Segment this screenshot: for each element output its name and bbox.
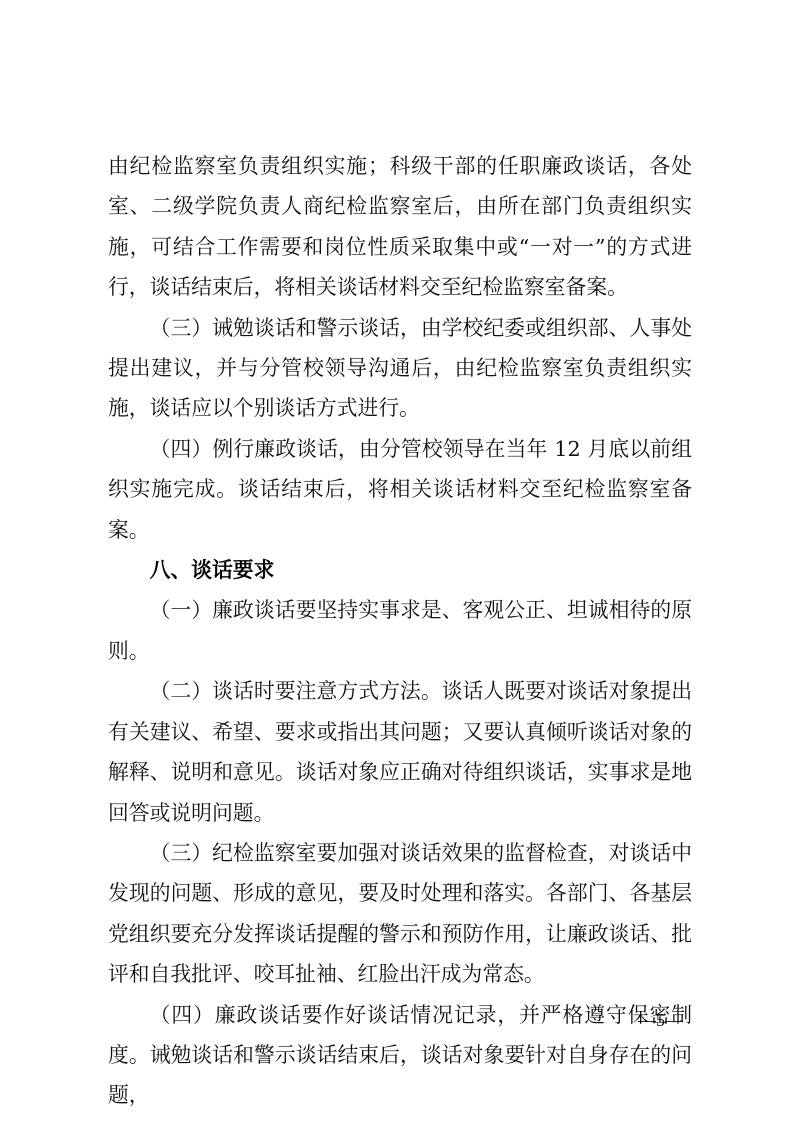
paragraph-requirement-3: （三）纪检监察室要加强对谈话效果的监督检查，对谈话中发现的问题、形成的意见，要及… <box>108 833 692 995</box>
page-number: —5— <box>638 1010 683 1031</box>
paragraph-requirement-2: （二）谈话时要注意方式方法。谈话人既要对谈话对象提出有关建议、希望、要求或指出其… <box>108 671 692 833</box>
document-body: 由纪检监察室负责组织实施；科级干部的任职廉政谈话，各处室、二级学院负责人商纪检监… <box>108 146 692 1116</box>
document-page: 由纪检监察室负责组织实施；科级干部的任职廉政谈话，各处室、二级学院负责人商纪检监… <box>0 0 793 1122</box>
paragraph-requirement-1: （一）廉政谈话要坚持实事求是、客观公正、坦诚相待的原则。 <box>108 590 692 671</box>
paragraph-requirement-4: （四）廉政谈话要作好谈话情况记录，并严格遵守保密制度。诫勉谈话和警示谈话结束后，… <box>108 995 692 1116</box>
section-heading-talk-requirements: 八、谈话要求 <box>108 550 692 590</box>
paragraph-item-4-routine-talk: （四）例行廉政谈话，由分管校领导在当年 12 月底以前组织实施完成。谈话结束后，… <box>108 429 692 550</box>
paragraph-item-3-talk-warning: （三）诫勉谈话和警示谈话，由学校纪委或组织部、人事处提出建议，并与分管校领导沟通… <box>108 308 692 429</box>
paragraph-continuation: 由纪检监察室负责组织实施；科级干部的任职廉政谈话，各处室、二级学院负责人商纪检监… <box>108 146 692 308</box>
